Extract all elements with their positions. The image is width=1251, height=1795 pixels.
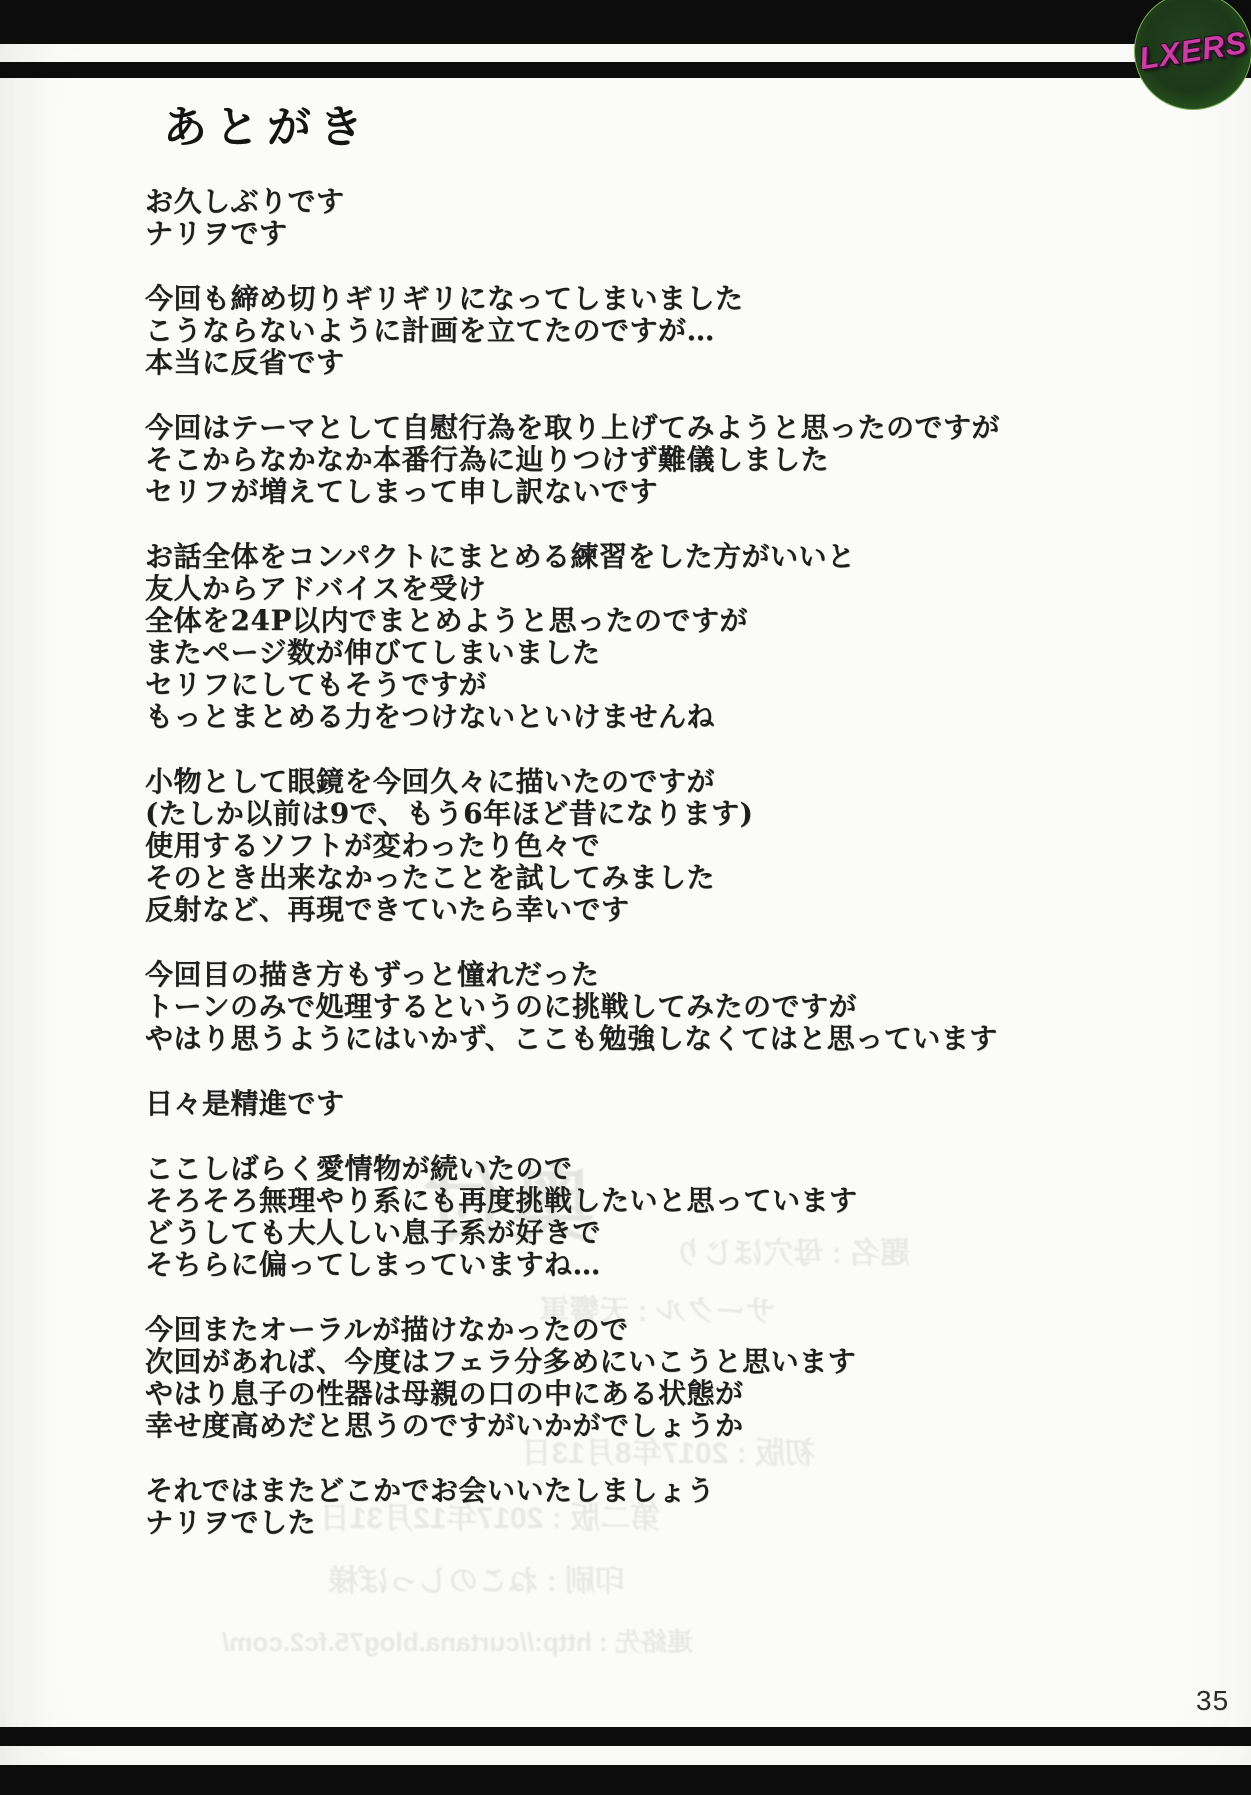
afterword-paragraph: 今回はテーマとして自慰行為を取り上げてみようと思ったのですがそこからなかなか本番…	[145, 412, 1105, 508]
scanned-afterword-page: LXERS 奥付題名 : 母穴ほじりサークル : 天響軍初版 : 2017年8月…	[0, 0, 1251, 1795]
afterword-paragraph: ここしばらく愛情物が続いたのでそろそろ無理やり系にも再度挑戦したいと思っています…	[145, 1153, 1105, 1281]
bottom-thick-black-band	[0, 1765, 1251, 1795]
bleed-through-line: 連絡先 : http://curtana.blog75.fc2.com/	[118, 1622, 693, 1659]
afterword-body: お久しぶりですナリヲです今回も締め切りギリギリになってしまいましたこうならないよ…	[145, 186, 1105, 1539]
logo-text: LXERS	[1137, 25, 1250, 78]
bottom-thin-black-rule	[0, 1727, 1251, 1746]
top-thick-black-band	[0, 0, 1251, 44]
afterword-paragraph: 今回またオーラルが描けなかったので次回があれば、今度はフェラ分多めにいこうと思い…	[145, 1314, 1105, 1442]
afterword-paragraph: お久しぶりですナリヲです	[145, 186, 1105, 250]
afterword-paragraph: 今回も締め切りギリギリになってしまいましたこうならないように計画を立てたのですが…	[145, 283, 1105, 379]
publisher-stamp-logo: LXERS	[1134, 0, 1251, 110]
afterword-paragraph: 今回目の描き方もずっと憧れだったトーンのみで処理するというのに挑戦してみたのです…	[145, 959, 1105, 1055]
afterword-paragraph: お話全体をコンパクトにまとめる練習をした方がいいと友人からアドバイスを受け全体を…	[145, 541, 1105, 733]
page-number: 35	[1196, 1685, 1229, 1717]
afterword-paragraph: 小物として眼鏡を今回久々に描いたのですが(たしか以前は9で、もう6年ほど昔になり…	[145, 766, 1105, 926]
afterword-paragraph: それではまたどこかでお会いいたしましょうナリヲでした	[145, 1475, 1105, 1539]
page-title: あとがき	[163, 102, 1105, 154]
afterword-content: あとがき お久しぶりですナリヲです今回も締め切りギリギリになってしまいましたこう…	[145, 102, 1105, 1572]
afterword-paragraph: 日々是精進です	[145, 1088, 1105, 1120]
top-thin-black-rule	[0, 62, 1251, 78]
